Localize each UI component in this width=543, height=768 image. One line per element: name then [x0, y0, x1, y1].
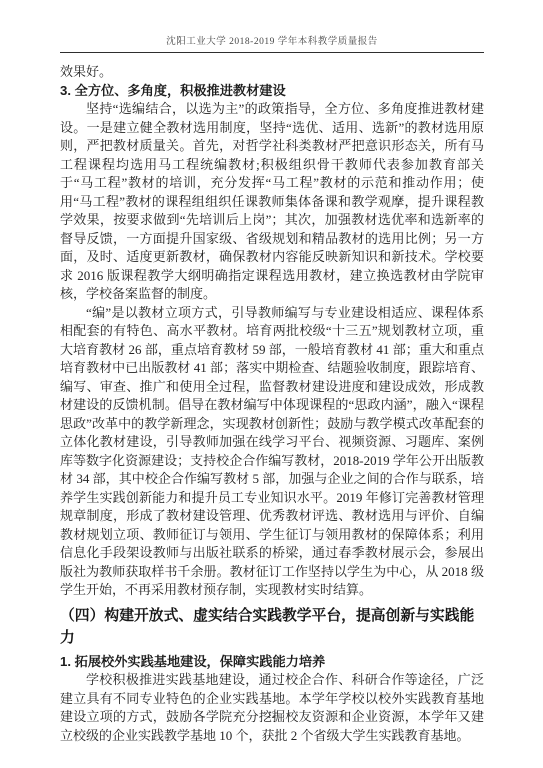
heading-3-textbook-construction: 3. 全方位、多角度，积极推进教材建设: [60, 82, 484, 101]
page-footer: 12: [0, 705, 543, 723]
header-title: 沈阳工业大学 2018-2019 学年本科教学质量报告: [60, 33, 484, 47]
heading-section-4-practice-platform: （四）构建开放式、虚实结合实践教学平台，提高创新与实践能力: [60, 605, 484, 649]
paragraph-textbook-compilation: “编”是以教材立项方式，引导教师编写与专业建设相适应、课程体系相配套的有特色、高…: [60, 304, 484, 600]
heading-1-practice-base: 1. 拓展校外实践基地建设，保障实践能力培养: [60, 653, 484, 672]
paragraph-continued: 效果好。: [60, 63, 484, 82]
page-header: 沈阳工业大学 2018-2019 学年本科教学质量报告: [60, 33, 484, 53]
paragraph-textbook-selection: 坚持“选编结合，以选为主”的政策指导，全方位、多角度推进教材建设。一是建立健全教…: [60, 100, 484, 304]
document-page: 沈阳工业大学 2018-2019 学年本科教学质量报告 效果好。 3. 全方位、…: [0, 0, 543, 768]
document-body: 效果好。 3. 全方位、多角度，积极推进教材建设 坚持“选编结合，以选为主”的政…: [60, 63, 484, 745]
page-number: 12: [267, 710, 276, 720]
